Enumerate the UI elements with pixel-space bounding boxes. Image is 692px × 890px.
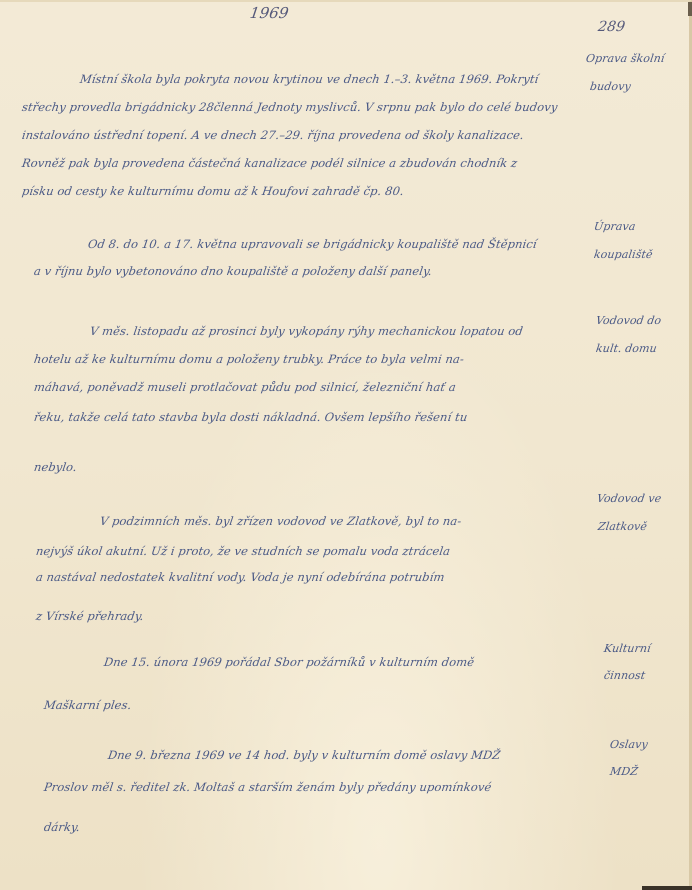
margin-note: Úprava bbox=[593, 220, 636, 233]
margin-note: kult. domu bbox=[595, 342, 658, 355]
margin-note: koupaliště bbox=[593, 248, 653, 261]
text-line: V měs. listopadu až prosinci byly vykopá… bbox=[89, 324, 524, 338]
margin-note: Oprava školní bbox=[585, 52, 665, 65]
text-line: a nastával nedostatek kvalitní vody. Vod… bbox=[35, 570, 446, 584]
margin-note: MDŽ bbox=[609, 765, 639, 778]
text-line: Proslov měl s. ředitel zk. Moltaš a star… bbox=[43, 780, 492, 794]
text-line: nebylo. bbox=[33, 460, 78, 474]
text-line: nejvýš úkol akutní. Už i proto, že ve st… bbox=[35, 544, 451, 558]
margin-note: Zlatkově bbox=[597, 520, 648, 533]
text-line: střechy provedla brigádnicky 28členná Je… bbox=[21, 100, 558, 114]
margin-note: Oslavy bbox=[609, 738, 649, 751]
text-line: Rovněž pak byla provedena částečná kanal… bbox=[21, 156, 518, 170]
chronicle-page: 1969 289 Místní škola byla pokryta novou… bbox=[0, 0, 692, 890]
margin-note: Kulturní bbox=[603, 642, 652, 655]
text-line: Dne 9. března 1969 ve 14 hod. byly v kul… bbox=[107, 748, 501, 762]
page-number: 289 bbox=[597, 19, 626, 35]
page-year: 1969 bbox=[249, 4, 290, 22]
text-line: V podzimních měs. byl zřízen vodovod ve … bbox=[99, 514, 462, 528]
text-line: dárky. bbox=[43, 820, 81, 834]
text-line: a v říjnu bylo vybetonováno dno koupališ… bbox=[33, 264, 433, 278]
margin-note: činnost bbox=[603, 669, 646, 682]
margin-note: budovy bbox=[589, 80, 632, 93]
text-line: Od 8. do 10. a 17. května upravovali se … bbox=[87, 237, 538, 251]
text-line: máhavá, poněvadž museli protlačovat půdu… bbox=[33, 380, 457, 394]
text-line: hotelu až ke kulturnímu domu a položeny … bbox=[33, 352, 465, 366]
text-line: Místní škola byla pokryta novou krytinou… bbox=[79, 72, 539, 86]
text-line: řeku, takže celá tato stavba byla dosti … bbox=[33, 410, 468, 424]
text-line: z Vírské přehrady. bbox=[35, 609, 145, 623]
text-line: Dne 15. února 1969 pořádal Sbor požárník… bbox=[103, 655, 475, 669]
text-line: instalováno ústřední topení. A ve dnech … bbox=[21, 128, 525, 142]
margin-note: Vodovod ve bbox=[596, 492, 662, 505]
text-line: Maškarní ples. bbox=[43, 698, 132, 712]
margin-note: Vodovod do bbox=[595, 314, 662, 327]
text-line: písku od cesty ke kulturnímu domu až k H… bbox=[21, 184, 405, 198]
